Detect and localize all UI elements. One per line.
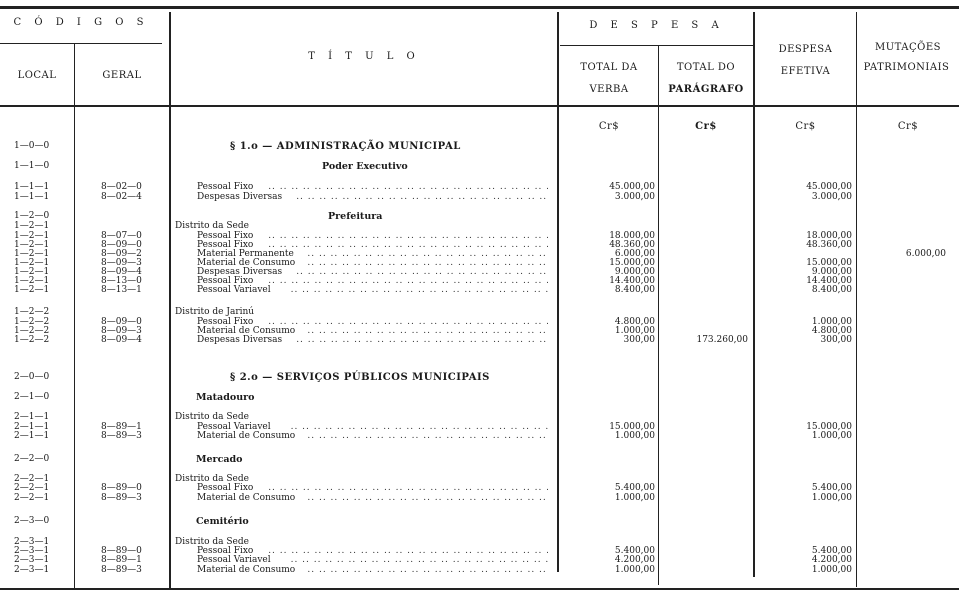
value-despesa-efetiva: 45.000,00	[756, 183, 852, 192]
district-title: Distrito da Sede	[175, 413, 249, 422]
subheading-title: Matadouro	[196, 393, 254, 402]
code-geral: 8—89—3	[101, 494, 142, 503]
code-local: 1—1—1	[14, 183, 49, 192]
currency-efetiva: Cr$	[755, 121, 856, 132]
item-title: Pessoal Variavel	[197, 286, 271, 295]
leader-dots: .. .. .. .. .. .. .. .. .. .. .. .. .. .…	[268, 318, 548, 327]
value-total-verba: 4.200,00	[560, 556, 655, 565]
leader-dots: .. .. .. .. .. .. .. .. .. .. .. .. .. .…	[268, 547, 548, 556]
code-local: 1—2—0	[14, 212, 49, 221]
currency-verba: Cr$	[560, 121, 658, 132]
header-total-verba-1: TOTAL DA	[560, 62, 658, 73]
item-title: Despesas Diversas	[197, 336, 282, 345]
district-title: Distrito de Jarinú	[175, 308, 254, 317]
value-despesa-efetiva: 8.400,00	[756, 286, 852, 295]
section-title: § 1.o — ADMINISTRAÇÃO MUNICIPAL	[230, 141, 461, 152]
value-total-verba: 3.000,00	[560, 193, 655, 202]
subheading-title: Poder Executivo	[322, 162, 408, 171]
item-title: Pessoal Fixo	[197, 183, 253, 192]
value-despesa-efetiva: 5.400,00	[756, 484, 852, 493]
header-titulo: T Í T U L O	[171, 51, 557, 62]
leader-dots: .. .. .. .. .. .. .. .. .. .. .. .. .. .…	[291, 423, 548, 432]
code-local: 1—2—1	[14, 222, 49, 231]
value-despesa-efetiva: 1.000,00	[756, 432, 852, 441]
district-title: Distrito da Sede	[175, 222, 249, 231]
subheading-title: Prefeitura	[328, 212, 382, 221]
leader-dots: .. .. .. .. .. .. .. .. .. .. .. .. .. .…	[307, 432, 548, 441]
divider-geral-titulo	[169, 12, 171, 588]
leader-dots: .. .. .. .. .. .. .. .. .. .. .. .. .. .…	[268, 183, 548, 192]
header-local: LOCAL	[0, 70, 74, 81]
value-despesa-efetiva: 48.360,00	[756, 241, 852, 250]
code-local: 2—2—1	[14, 484, 49, 493]
leader-dots: .. .. .. .. .. .. .. .. .. .. .. .. .. .…	[296, 336, 548, 345]
code-local: 2—2—1	[14, 494, 49, 503]
leader-dots: .. .. .. .. .. .. .. .. .. .. .. .. .. .…	[268, 241, 548, 250]
code-local: 1—1—1	[14, 193, 49, 202]
value-total-verba: 1.000,00	[560, 566, 655, 575]
value-total-verba: 8.400,00	[560, 286, 655, 295]
code-local: 2—3—1	[14, 566, 49, 575]
value-total-paragrafo: 173.260,00	[660, 336, 748, 345]
value-total-verba: 45.000,00	[560, 183, 655, 192]
leader-dots: .. .. .. .. .. .. .. .. .. .. .. .. .. .…	[296, 268, 548, 277]
item-title: Material de Consumo	[197, 566, 295, 575]
value-despesa-efetiva: 1.000,00	[756, 494, 852, 503]
value-despesa-efetiva: 3.000,00	[756, 193, 852, 202]
item-title: Pessoal Variavel	[197, 556, 271, 565]
header-geral: GERAL	[75, 70, 169, 81]
value-despesa-efetiva: 1.000,00	[756, 566, 852, 575]
leader-dots: .. .. .. .. .. .. .. .. .. .. .. .. .. .…	[268, 484, 548, 493]
code-geral: 8—02—0	[101, 183, 142, 192]
item-title: Material de Consumo	[197, 494, 295, 503]
despesa-underline	[560, 45, 753, 46]
code-geral: 8—89—3	[101, 566, 142, 575]
code-geral: 8—02—4	[101, 193, 142, 202]
code-local: 2—1—1	[14, 432, 49, 441]
code-local: 2—1—1	[14, 413, 49, 422]
header-total-paragrafo-1: TOTAL DO	[659, 62, 753, 73]
header-bottom-rule	[0, 105, 959, 107]
code-local: 1—2—2	[14, 308, 49, 317]
value-total-verba: 1.000,00	[560, 432, 655, 441]
value-total-verba: 5.400,00	[560, 484, 655, 493]
code-local: 1—0—0	[14, 142, 49, 151]
code-local: 2—3—0	[14, 517, 49, 526]
header-despesa-efetiva-2: EFETIVA	[755, 66, 856, 77]
code-geral: 8—13—1	[101, 286, 142, 295]
leader-dots: .. .. .. .. .. .. .. .. .. .. .. .. .. .…	[307, 494, 548, 503]
header-total-paragrafo-2: PARÁGRAFO	[659, 84, 753, 95]
divider-paragrafo-efetiva	[753, 12, 755, 577]
divider-efetiva-mutacoes	[856, 12, 857, 587]
value-despesa-efetiva: 4.200,00	[756, 556, 852, 565]
code-local: 2—3—1	[14, 556, 49, 565]
leader-dots: .. .. .. .. .. .. .. .. .. .. .. .. .. .…	[268, 277, 548, 286]
divider-titulo-verba	[557, 12, 559, 572]
subheading-title: Mercado	[196, 455, 242, 464]
section-title: § 2.o — SERVIÇOS PÚBLICOS MUNICIPAIS	[230, 372, 490, 383]
code-local: 2—0—0	[14, 373, 49, 382]
code-local: 2—1—0	[14, 393, 49, 402]
leader-dots: .. .. .. .. .. .. .. .. .. .. .. .. .. .…	[307, 566, 548, 575]
currency-paragrafo: Cr$	[659, 121, 753, 132]
header-despesa-efetiva-1: DESPESA	[755, 44, 856, 55]
item-title: Despesas Diversas	[197, 193, 282, 202]
code-local: 1—2—1	[14, 286, 49, 295]
leader-dots: .. .. .. .. .. .. .. .. .. .. .. .. .. .…	[307, 259, 548, 268]
code-geral: 8—89—1	[101, 556, 142, 565]
leader-dots: .. .. .. .. .. .. .. .. .. .. .. .. .. .…	[307, 327, 548, 336]
value-mutacoes: 6.000,00	[858, 250, 946, 259]
code-geral: 8—89—0	[101, 484, 142, 493]
currency-mutacoes: Cr$	[857, 121, 959, 132]
value-total-verba: 1.000,00	[560, 494, 655, 503]
header-mutacoes-1: MUTAÇÕES	[857, 42, 959, 53]
header-mutacoes-2: PATRIMONIAIS	[854, 62, 959, 73]
value-total-verba: 300,00	[560, 336, 655, 345]
leader-dots: .. .. .. .. .. .. .. .. .. .. .. .. .. .…	[268, 232, 548, 241]
value-despesa-efetiva: 300,00	[756, 336, 852, 345]
top-rule	[0, 6, 959, 9]
header-codigos: C Ó D I G O S	[0, 17, 162, 28]
divider-local-geral	[74, 44, 75, 588]
leader-dots: .. .. .. .. .. .. .. .. .. .. .. .. .. .…	[296, 193, 548, 202]
code-local: 1—1—0	[14, 162, 49, 171]
header-despesa: D E S P E S A	[560, 20, 753, 31]
leader-dots: .. .. .. .. .. .. .. .. .. .. .. .. .. .…	[291, 286, 548, 295]
item-title: Material de Consumo	[197, 432, 295, 441]
code-local: 2—2—0	[14, 455, 49, 464]
bottom-rule	[0, 588, 959, 590]
code-geral: 8—09—4	[101, 336, 142, 345]
codigos-underline	[0, 43, 162, 44]
leader-dots: .. .. .. .. .. .. .. .. .. .. .. .. .. .…	[291, 556, 548, 565]
code-local: 1—2—2	[14, 336, 49, 345]
code-geral: 8—89—3	[101, 432, 142, 441]
subheading-title: Cemitério	[196, 517, 249, 526]
header-total-verba-2: VERBA	[560, 84, 658, 95]
item-title: Pessoal Fixo	[197, 484, 253, 493]
leader-dots: .. .. .. .. .. .. .. .. .. .. .. .. .. .…	[307, 250, 548, 259]
